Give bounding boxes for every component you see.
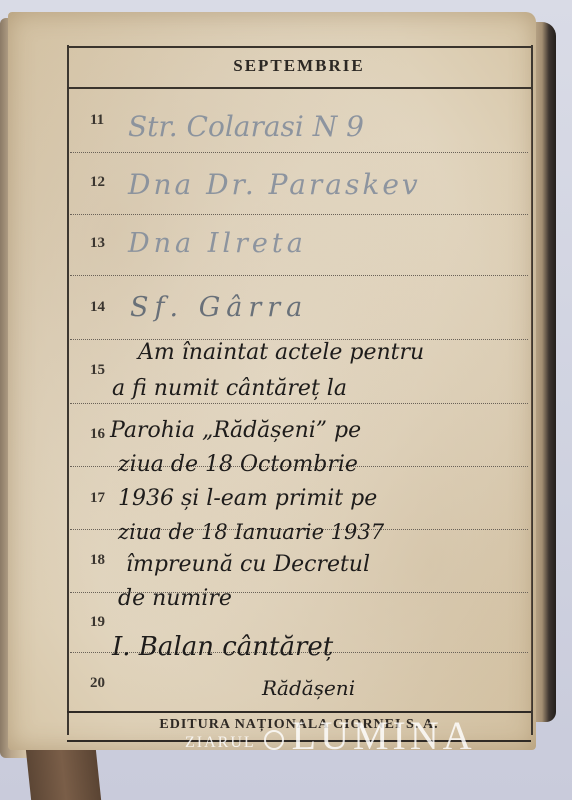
dotted-rule [70,275,528,276]
dotted-rule [70,403,528,404]
watermark-prefix: ZIARUL [185,734,256,756]
ink-line: împreună cu Decretul [126,552,370,577]
day-number: 20 [90,675,114,692]
day-number: 14 [90,299,114,316]
diary-photo: SEPTEMBRIE 11 12 13 14 15 16 17 18 19 20… [0,0,572,800]
day-number: 18 [90,552,114,569]
ink-line: a fi numit cântăreț la [112,376,347,401]
day-number: 13 [90,235,114,252]
day-number: 15 [90,362,114,379]
header-top-rule [67,46,531,48]
pencil-entry: Sf. Gârra [130,292,308,323]
day-number: 12 [90,174,114,191]
page-margin-line [531,90,534,710]
signature-line: I. Balan cântăreț [112,632,333,662]
emblem-icon [264,730,284,750]
ink-line: Am înaintat actele pentru [138,340,424,365]
ink-line: ziua de 18 Ianuarie 1937 [118,520,384,544]
day-number: 19 [90,614,114,631]
dotted-rule [70,152,528,153]
ink-line: Parohia „Rădășeni” pe [110,418,361,443]
newspaper-watermark: ZIARUL LUMINA [185,716,476,756]
watermark-name: LUMINA [292,716,476,756]
pencil-entry: Dna Ilreta [128,228,307,259]
ink-line: 1936 și l-eam primit pe [118,486,377,511]
ink-line: de numire [118,586,232,611]
day-number: 17 [90,490,114,507]
header-bottom-rule [67,87,531,89]
pencil-entry: Str. Colarasi N 9 [128,110,364,143]
pencil-entry: Dna Dr. Paraskev [128,168,421,201]
month-header: SEPTEMBRIE [67,56,531,76]
dotted-rule [70,214,528,215]
ink-line: ziua de 18 Octombrie [118,452,358,477]
signature-place: Rădășeni [262,676,355,700]
day-number: 11 [90,112,114,129]
